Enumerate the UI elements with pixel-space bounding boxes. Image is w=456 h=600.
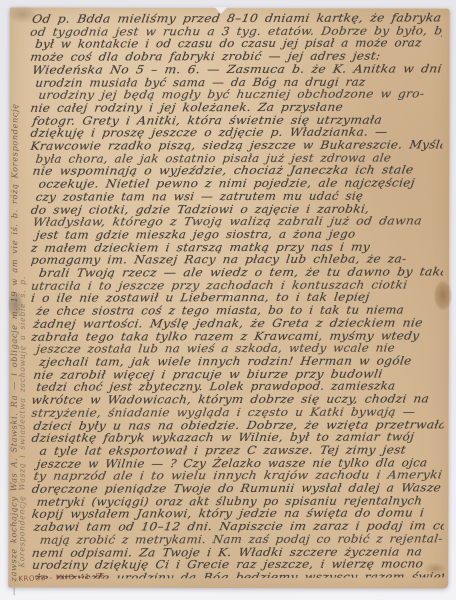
- scan-background: — zawsze kochający Was A. Stawski. Ra — …: [0, 0, 456, 600]
- letter-body: Od p. Bdda mieliśmy przed 8–10 dniami ka…: [30, 12, 444, 578]
- letter-page: — zawsze kochający Was A. Stawski. Ra — …: [8, 7, 450, 588]
- margin-note-vertical-inner: Korespondencję Waszą i świadectwa zachow…: [17, 27, 27, 567]
- archive-inventory-mark: KROUB – MHO. 41. 55: [18, 572, 106, 583]
